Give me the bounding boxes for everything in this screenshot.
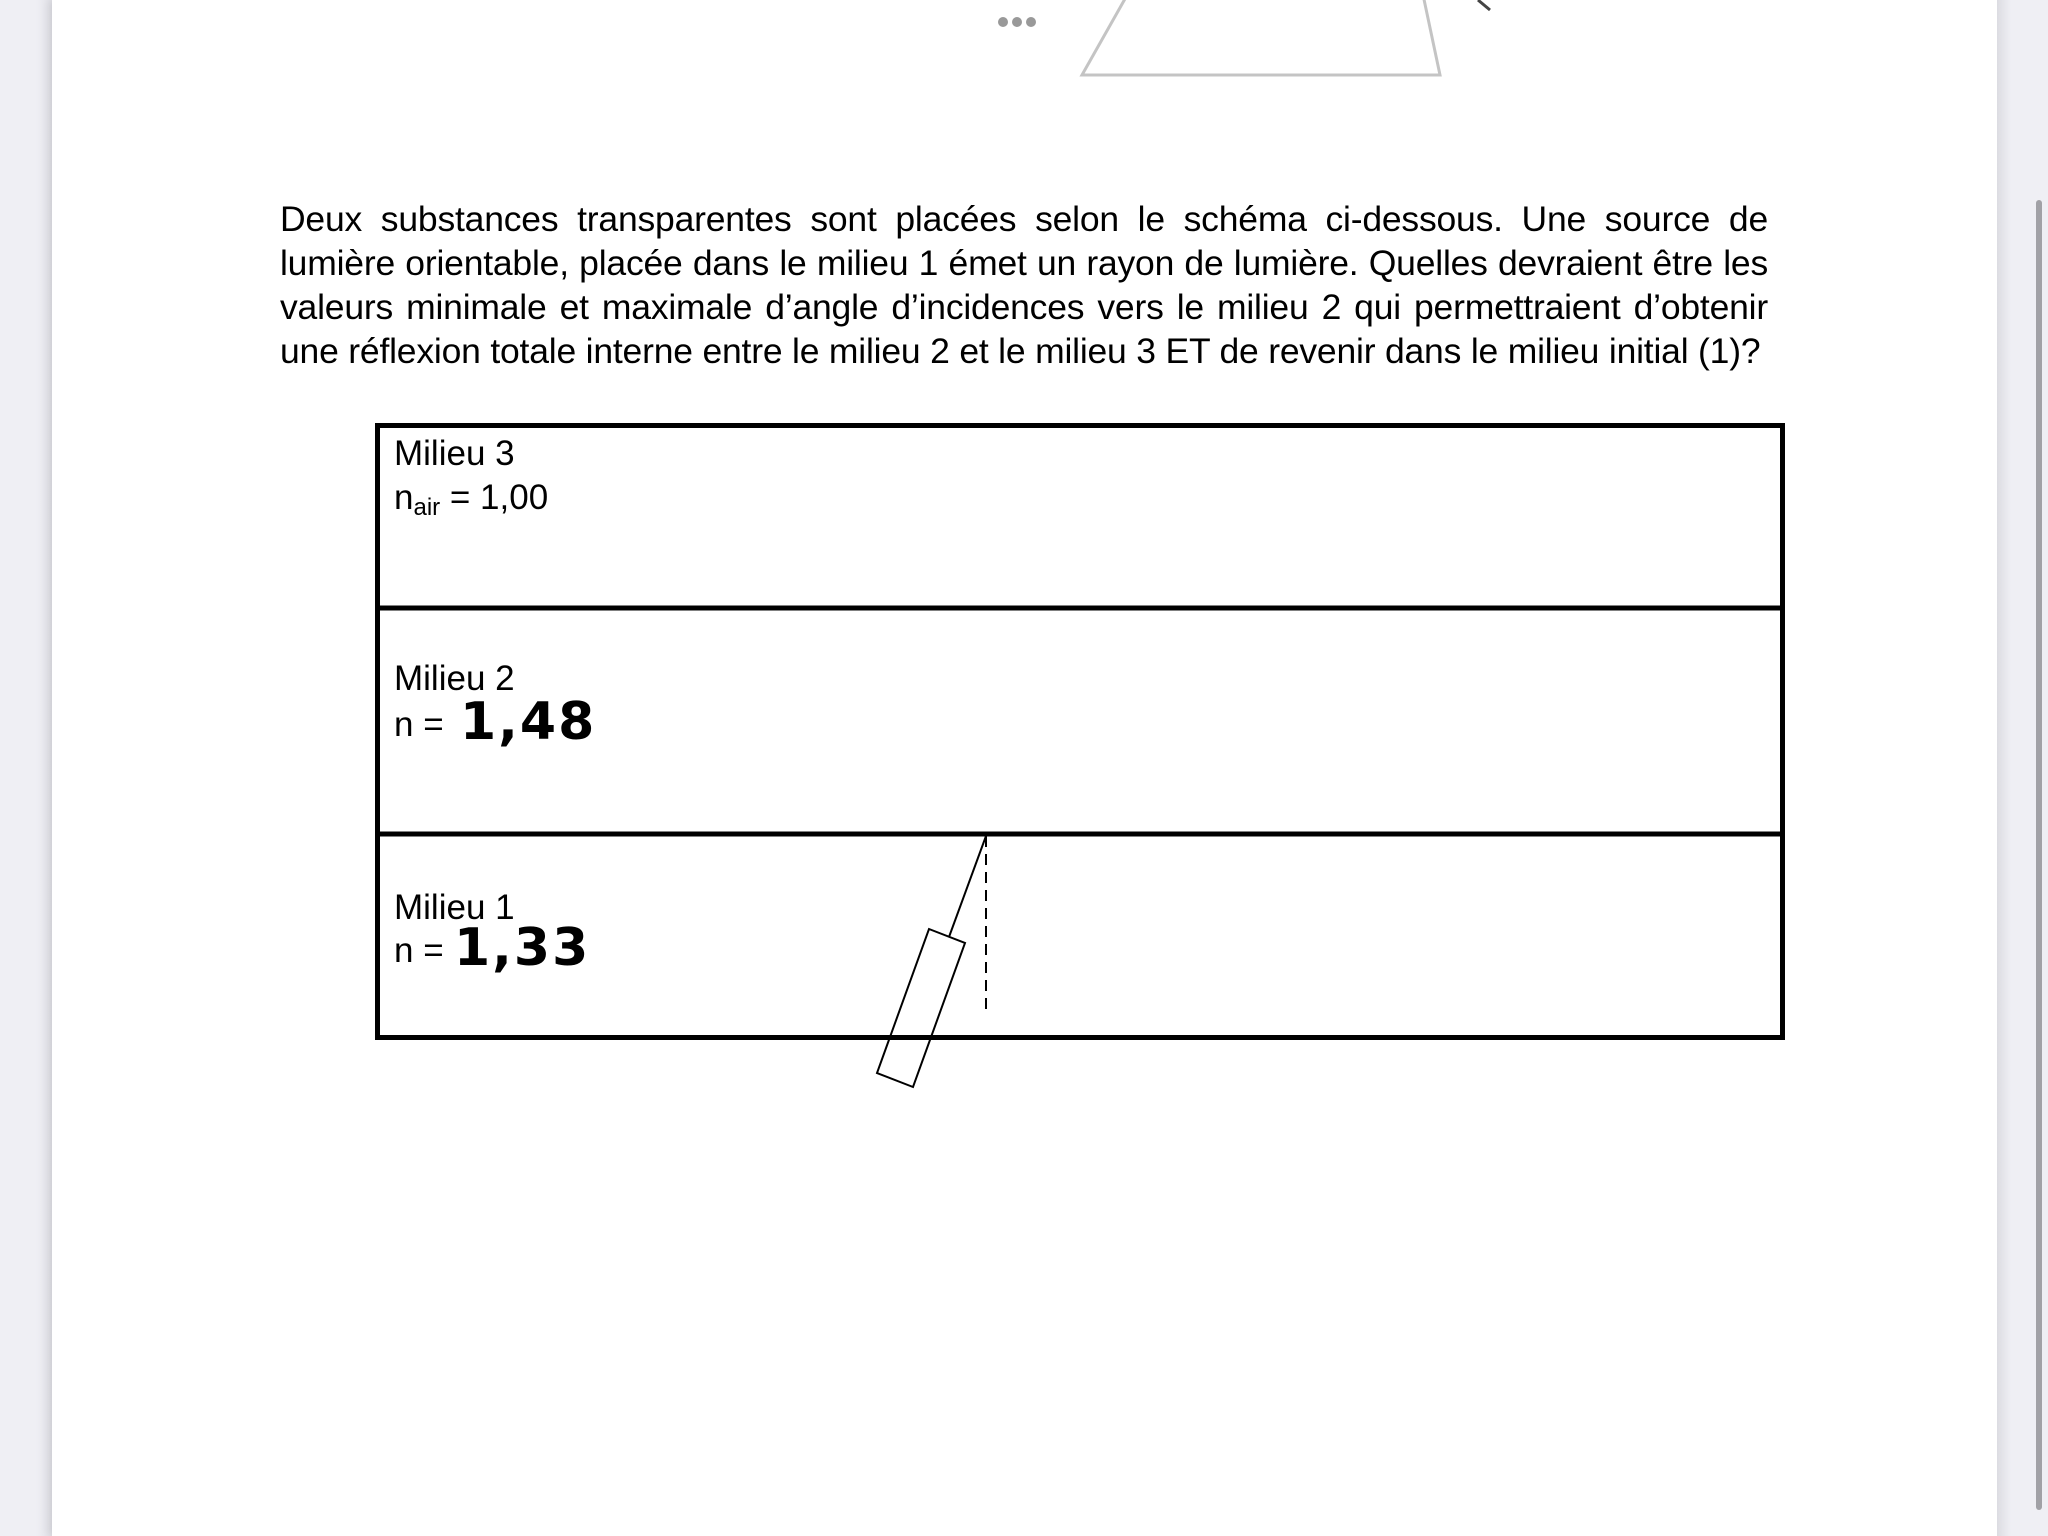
- medium1-index-label: n =: [394, 933, 444, 968]
- medium3-index-value: = 1,00: [450, 478, 548, 517]
- medium3-index-subscript: air: [413, 494, 440, 521]
- medium3-index-symbol: n: [394, 478, 413, 517]
- light-ray: [949, 836, 986, 937]
- refraction-diagram: [0, 0, 2048, 1536]
- medium2-index-handwritten: 1,48: [460, 696, 596, 748]
- medium2-name: Milieu 2: [394, 661, 515, 696]
- medium1-index-handwritten: 1,33: [454, 922, 590, 974]
- medium2-index-label: n =: [394, 707, 444, 742]
- flashlight-icon[interactable]: [877, 929, 965, 1087]
- medium3-index: nair = 1,00: [394, 480, 548, 520]
- medium3-name: Milieu 3: [394, 436, 515, 471]
